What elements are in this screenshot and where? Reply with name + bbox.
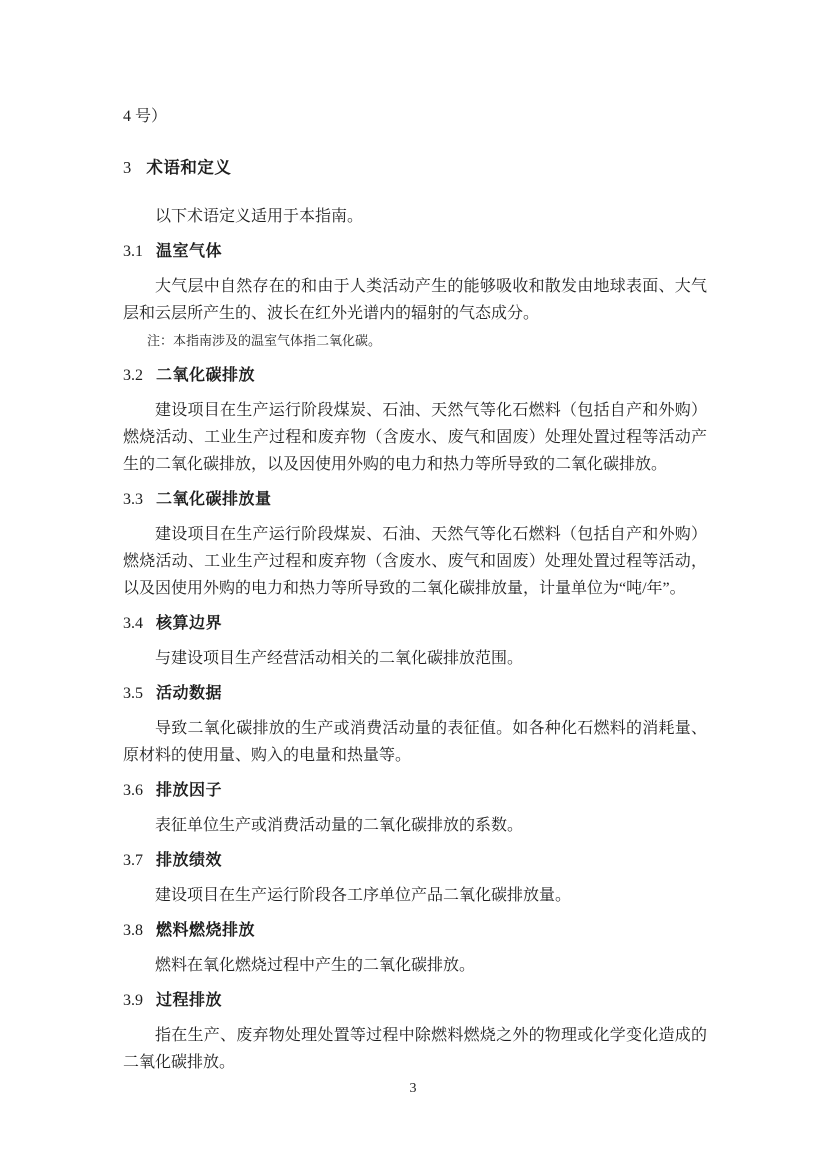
- section-paragraph: 建设项目在生产运行阶段煤炭、石油、天然气等化石燃料（包括自产和外购）燃烧活动、工…: [123, 397, 707, 478]
- section-number: 3.1: [123, 243, 143, 260]
- section-number: 3.5: [123, 685, 143, 702]
- section-title: 核算边界: [156, 615, 222, 632]
- section-paragraph: 导致二氧化碳排放的生产或消费活动量的表征值。如各种化石燃料的消耗量、原材料的使用…: [123, 715, 707, 769]
- section-title: 二氧化碳排放: [156, 367, 255, 384]
- term-section: 3.7 排放绩效 建设项目在生产运行阶段各工序单位产品二氧化碳排放量。: [123, 847, 707, 909]
- section-number: 3.2: [123, 367, 143, 384]
- section-heading: 3.4 核算边界: [123, 610, 707, 637]
- section-heading: 3.2 二氧化碳排放: [123, 362, 707, 389]
- term-section: 3.4 核算边界 与建设项目生产经营活动相关的二氧化碳排放范围。: [123, 610, 707, 672]
- section-paragraph: 燃料在氧化燃烧过程中产生的二氧化碳排放。: [123, 952, 707, 979]
- term-section: 3.8 燃料燃烧排放 燃料在氧化燃烧过程中产生的二氧化碳排放。: [123, 917, 707, 979]
- section-heading: 3.7 排放绩效: [123, 847, 707, 874]
- section-title: 燃料燃烧排放: [156, 922, 255, 939]
- section-paragraph: 指在生产、废弃物处理处置等过程中除燃料燃烧之外的物理或化学变化造成的二氧化碳排放…: [123, 1022, 707, 1076]
- section-paragraph: 与建设项目生产经营活动相关的二氧化碳排放范围。: [123, 645, 707, 672]
- section-number: 3.9: [123, 992, 143, 1009]
- chapter-title: 术语和定义: [146, 159, 231, 177]
- section-title: 排放绩效: [156, 852, 222, 869]
- term-section: 3.1 温室气体 大气层中自然存在的和由于人类活动产生的能够吸收和散发由地球表面…: [123, 238, 707, 354]
- chapter-number: 3: [123, 158, 131, 177]
- section-title: 过程排放: [156, 992, 222, 1009]
- section-title: 二氧化碳排放量: [156, 491, 272, 508]
- page-footer: 3: [0, 1080, 826, 1098]
- page-number: 3: [410, 1081, 417, 1096]
- section-paragraph: 大气层中自然存在的和由于人类活动产生的能够吸收和散发由地球表面、大气层和云层所产…: [123, 273, 707, 327]
- section-number: 3.3: [123, 491, 143, 508]
- section-heading: 3.9 过程排放: [123, 987, 707, 1014]
- section-heading: 3.1 温室气体: [123, 238, 707, 265]
- section-heading: 3.3 二氧化碳排放量: [123, 486, 707, 513]
- section-title: 活动数据: [156, 685, 222, 702]
- section-number: 3.4: [123, 615, 143, 632]
- section-heading: 3.6 排放因子: [123, 777, 707, 804]
- term-section: 3.9 过程排放 指在生产、废弃物处理处置等过程中除燃料燃烧之外的物理或化学变化…: [123, 987, 707, 1076]
- section-number: 3.8: [123, 922, 143, 939]
- sections-list: 3.1 温室气体 大气层中自然存在的和由于人类活动产生的能够吸收和散发由地球表面…: [123, 238, 707, 1076]
- section-number: 3.6: [123, 782, 143, 799]
- page-content: 4 号） 3 术语和定义 以下术语定义适用于本指南。 3.1 温室气体 大气层中…: [123, 104, 707, 1076]
- chapter-heading: 3 术语和定义: [123, 154, 707, 182]
- term-section: 3.3 二氧化碳排放量 建设项目在生产运行阶段煤炭、石油、天然气等化石燃料（包括…: [123, 486, 707, 602]
- section-number: 3.7: [123, 852, 143, 869]
- section-paragraph: 建设项目在生产运行阶段各工序单位产品二氧化碳排放量。: [123, 882, 707, 909]
- chapter-intro: 以下术语定义适用于本指南。: [123, 203, 707, 230]
- term-section: 3.5 活动数据 导致二氧化碳排放的生产或消费活动量的表征值。如各种化石燃料的消…: [123, 680, 707, 769]
- section-paragraph: 建设项目在生产运行阶段煤炭、石油、天然气等化石燃料（包括自产和外购）燃烧活动、工…: [123, 521, 707, 602]
- section-title: 温室气体: [156, 243, 222, 260]
- section-title: 排放因子: [156, 782, 222, 799]
- term-section: 3.2 二氧化碳排放 建设项目在生产运行阶段煤炭、石油、天然气等化石燃料（包括自…: [123, 362, 707, 478]
- carryover-line: 4 号）: [123, 104, 707, 130]
- section-note: 注：本指南涉及的温室气体指二氧化碳。: [123, 327, 707, 354]
- section-paragraph: 表征单位生产或消费活动量的二氧化碳排放的系数。: [123, 812, 707, 839]
- document-page: 4 号） 3 术语和定义 以下术语定义适用于本指南。 3.1 温室气体 大气层中…: [0, 0, 826, 1169]
- section-heading: 3.5 活动数据: [123, 680, 707, 707]
- section-heading: 3.8 燃料燃烧排放: [123, 917, 707, 944]
- term-section: 3.6 排放因子 表征单位生产或消费活动量的二氧化碳排放的系数。: [123, 777, 707, 839]
